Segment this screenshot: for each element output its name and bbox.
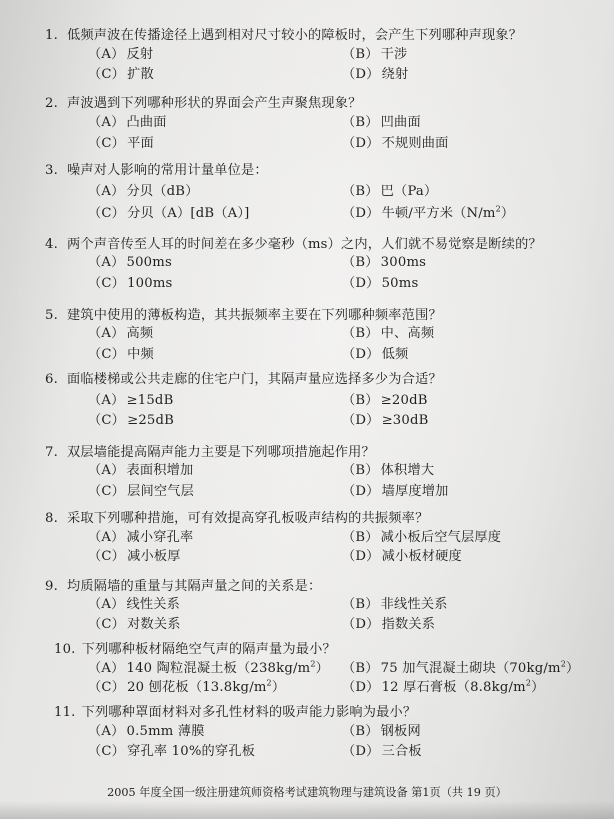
- option-c: （C）层间空气层: [88, 480, 194, 499]
- option-letter: （C）: [88, 413, 125, 428]
- option-c: （C）对数关系: [88, 613, 181, 632]
- question-stem: 3.噪声对人影响的常用计量单位是：: [45, 159, 268, 178]
- option-c: （C）20 刨花板（13.8kg/m2）: [88, 676, 285, 695]
- option-text: 中、高频: [381, 326, 435, 341]
- question-text: 下列哪种罩面材料对多孔性材料的吸声能力影响为最小？: [82, 705, 417, 720]
- option-letter: （B）: [342, 255, 379, 270]
- option-text: ≥15dB: [127, 393, 174, 408]
- option-text: 50ms: [382, 276, 419, 291]
- option-letter: （C）: [88, 136, 125, 151]
- question-stem: 9.均质隔墙的重量与其隔声量之间的关系是：: [45, 575, 321, 594]
- option-text-suffix: ）: [566, 661, 579, 676]
- option-text: 12 厚石膏板（8.8kg/m: [382, 680, 526, 695]
- option-letter: （C）: [88, 67, 125, 82]
- option-text: 减小板厚: [127, 549, 181, 564]
- question-text: 双层墙能提高隔声能力主要是下列哪项措施起作用？: [67, 445, 375, 460]
- option-c: （C）≥25dB: [88, 409, 174, 428]
- option-a: （A）≥15dB: [88, 389, 173, 408]
- option-letter: （B）: [342, 326, 379, 341]
- option-text: 凹曲面: [381, 115, 421, 130]
- question-stem: 4.两个声音传至人耳的时间差在多少毫秒（ms）之内，人们就不易觉察是断续的？: [45, 233, 542, 252]
- option-letter: （D）: [342, 549, 380, 564]
- question-number: 4.: [45, 237, 61, 252]
- option-letter: （A）: [88, 393, 125, 408]
- option-a: （A）分贝（dB）: [88, 180, 199, 199]
- question-number: 9.: [45, 579, 61, 594]
- option-text: 三合板: [382, 744, 422, 759]
- option-b: （B）非线性关系: [342, 593, 448, 612]
- question-stem: 8.采取下列哪种措施，可有效提高穿孔板吸声结构的共振频率？: [45, 507, 428, 526]
- question-number: 10.: [54, 642, 76, 657]
- question-text: 声波遇到下列哪种形状的界面会产生声聚焦现象？: [67, 96, 362, 111]
- option-text: 减小穿孔率: [127, 530, 194, 545]
- option-a: （A）反射: [88, 43, 153, 62]
- option-letter: （A）: [88, 255, 125, 270]
- option-text-suffix: ）: [531, 680, 544, 695]
- option-d: （D）50ms: [342, 272, 418, 291]
- option-text: 不规则曲面: [382, 136, 449, 151]
- question-text: 均质隔墙的重量与其隔声量之间的关系是：: [67, 579, 321, 594]
- option-letter: （C）: [88, 617, 125, 632]
- option-letter: （A）: [88, 115, 125, 130]
- page-footer: 2005 年度全国一级注册建筑师资格考试建筑物理与建筑设备 第1页（共 19 页…: [0, 784, 614, 800]
- question-number: 6.: [45, 372, 61, 387]
- question-text: 面临楼梯或公共走廊的住宅户门，其隔声量应选择多少为合适？: [67, 372, 442, 387]
- option-text: 500ms: [127, 255, 172, 270]
- option-text: 牛顿/平方米（N/m: [382, 206, 496, 221]
- option-b: （B）干涉: [342, 43, 407, 62]
- option-letter: （B）: [342, 724, 379, 739]
- option-letter: （C）: [88, 347, 125, 362]
- option-text: 凸曲面: [127, 115, 167, 130]
- option-d: （D）牛顿/平方米（N/m2）: [342, 202, 514, 221]
- question-stem: 11.下列哪种罩面材料对多孔性材料的吸声能力影响为最小？: [54, 701, 416, 720]
- option-text: 对数关系: [127, 617, 181, 632]
- option-letter: （A）: [88, 184, 125, 199]
- option-letter: （D）: [342, 347, 380, 362]
- question-text: 噪声对人影响的常用计量单位是：: [67, 163, 268, 178]
- option-letter: （A）: [88, 326, 125, 341]
- option-text: 体积增大: [381, 463, 435, 478]
- option-b: （B）减小板后空气层厚度: [342, 526, 501, 545]
- option-text: 低频: [382, 347, 409, 362]
- option-text: 钢板网: [381, 724, 421, 739]
- option-a: （A）0.5mm 薄膜: [88, 720, 205, 739]
- option-text: 75 加气混凝土砌块（70kg/m: [381, 661, 561, 676]
- option-a: （A）高频: [88, 322, 153, 341]
- option-c: （C）扩散: [88, 63, 154, 82]
- option-text: 300ms: [381, 255, 426, 270]
- option-letter: （D）: [342, 413, 380, 428]
- option-text: 中频: [127, 347, 154, 362]
- option-a: （A）减小穿孔率: [88, 526, 193, 545]
- option-text: 分贝（A）[dB（A）]: [127, 206, 249, 221]
- question-number: 3.: [45, 163, 61, 178]
- option-letter: （A）: [88, 47, 125, 62]
- option-text: ≥25dB: [127, 413, 174, 428]
- option-letter: （C）: [88, 549, 125, 564]
- option-letter: （B）: [342, 463, 379, 478]
- question-text: 建筑中使用的薄板构造，其共振频率主要在下列哪种频率范围？: [67, 308, 442, 323]
- option-text: 层间空气层: [127, 484, 194, 499]
- option-letter: （A）: [88, 530, 125, 545]
- option-d: （D）指数关系: [342, 613, 435, 632]
- option-letter: （A）: [88, 597, 125, 612]
- option-letter: （C）: [88, 680, 125, 695]
- question-text: 采取下列哪种措施，可有效提高穿孔板吸声结构的共振频率？: [67, 511, 428, 526]
- option-letter: （B）: [342, 115, 379, 130]
- question-text: 两个声音传至人耳的时间差在多少毫秒（ms）之内，人们就不易觉察是断续的？: [67, 237, 542, 252]
- option-letter: （C）: [88, 744, 125, 759]
- question-number: 5.: [45, 308, 61, 323]
- option-letter: （B）: [342, 184, 379, 199]
- option-b: （B）75 加气混凝土砌块（70kg/m2）: [342, 657, 579, 676]
- option-letter: （D）: [342, 680, 380, 695]
- question-text: 低频声波在传播途径上遇到相对尺寸较小的障板时，会产生下列哪种声现象？: [67, 28, 522, 43]
- option-c: （C）减小板厚: [88, 545, 181, 564]
- option-letter: （A）: [88, 661, 125, 676]
- option-text: 高频: [127, 326, 154, 341]
- option-d: （D）低频: [342, 343, 408, 362]
- option-letter: （D）: [342, 67, 380, 82]
- option-text: 墙厚度增加: [382, 484, 449, 499]
- option-letter: （A）: [88, 463, 125, 478]
- option-text: 平面: [127, 136, 154, 151]
- question-number: 11.: [54, 705, 76, 720]
- option-letter: （B）: [342, 661, 379, 676]
- option-a: （A）线性关系: [88, 593, 180, 612]
- option-d: （D）不规则曲面: [342, 132, 449, 151]
- option-d: （D）12 厚石膏板（8.8kg/m2）: [342, 676, 545, 695]
- option-b: （B）钢板网: [342, 720, 421, 739]
- option-text-suffix: ）: [316, 661, 329, 676]
- option-d: （D）三合板: [342, 740, 422, 759]
- option-letter: （B）: [342, 530, 379, 545]
- option-b: （B）中、高频: [342, 322, 434, 341]
- option-text: 100ms: [127, 276, 172, 291]
- option-c: （C）100ms: [88, 272, 173, 291]
- option-a: （A）500ms: [88, 251, 172, 270]
- option-letter: （B）: [342, 597, 379, 612]
- option-letter: （D）: [342, 276, 380, 291]
- page-edge-shadow: [0, 801, 614, 819]
- option-text: 指数关系: [382, 617, 436, 632]
- question-number: 2.: [45, 96, 61, 111]
- option-text: 扩散: [127, 67, 154, 82]
- option-c: （C）平面: [88, 132, 154, 151]
- option-text: 分贝（dB）: [127, 184, 199, 199]
- option-b: （B）体积增大: [342, 459, 434, 478]
- option-text: 0.5mm 薄膜: [127, 724, 205, 739]
- question-number: 1.: [45, 28, 61, 43]
- question-stem: 5.建筑中使用的薄板构造，其共振频率主要在下列哪种频率范围？: [45, 304, 442, 323]
- option-d: （D）墙厚度增加: [342, 480, 449, 499]
- option-letter: （D）: [342, 206, 380, 221]
- option-text: 巴（Pa）: [381, 184, 438, 199]
- question-number: 8.: [45, 511, 61, 526]
- option-b: （B）300ms: [342, 251, 426, 270]
- option-letter: （C）: [88, 484, 125, 499]
- option-letter: （A）: [88, 724, 125, 739]
- option-letter: （D）: [342, 617, 380, 632]
- option-letter: （D）: [342, 484, 380, 499]
- option-c: （C）中频: [88, 343, 154, 362]
- option-b: （B）巴（Pa）: [342, 180, 437, 199]
- option-text: 穿孔率 10%的穿孔板: [127, 744, 255, 759]
- option-text: 绕射: [382, 67, 409, 82]
- question-text: 下列哪种板材隔绝空气声的隔声量为最小？: [82, 642, 336, 657]
- option-text-suffix: ）: [501, 206, 514, 221]
- option-text: 线性关系: [127, 597, 181, 612]
- option-text: ≥20dB: [381, 393, 428, 408]
- option-b: （B）≥20dB: [342, 389, 428, 408]
- question-stem: 7.双层墙能提高隔声能力主要是下列哪项措施起作用？: [45, 441, 375, 460]
- option-a: （A）凸曲面: [88, 111, 167, 130]
- option-text: 反射: [127, 47, 154, 62]
- option-c: （C）穿孔率 10%的穿孔板: [88, 740, 255, 759]
- option-letter: （B）: [342, 47, 379, 62]
- option-text: 减小板材硬度: [382, 549, 462, 564]
- question-stem: 6.面临楼梯或公共走廊的住宅户门，其隔声量应选择多少为合适？: [45, 368, 442, 387]
- option-text: 140 陶粒混凝土板（238kg/m: [127, 661, 311, 676]
- option-d: （D）绕射: [342, 63, 408, 82]
- option-b: （B）凹曲面: [342, 111, 421, 130]
- option-a: （A）表面积增加: [88, 459, 193, 478]
- option-c: （C）分贝（A）[dB（A）]: [88, 202, 249, 221]
- option-text: 干涉: [381, 47, 408, 62]
- option-a: （A）140 陶粒混凝土板（238kg/m2）: [88, 657, 329, 676]
- question-number: 7.: [45, 445, 61, 460]
- option-text-suffix: ）: [272, 680, 285, 695]
- option-letter: （C）: [88, 276, 125, 291]
- option-text: 表面积增加: [127, 463, 194, 478]
- option-text: 非线性关系: [381, 597, 448, 612]
- question-stem: 2.声波遇到下列哪种形状的界面会产生声聚焦现象？: [45, 92, 362, 111]
- question-stem: 10.下列哪种板材隔绝空气声的隔声量为最小？: [54, 638, 336, 657]
- question-stem: 1.低频声波在传播途径上遇到相对尺寸较小的障板时，会产生下列哪种声现象？: [45, 24, 522, 43]
- option-text: ≥30dB: [382, 413, 429, 428]
- option-text: 减小板后空气层厚度: [381, 530, 502, 545]
- option-letter: （B）: [342, 393, 379, 408]
- option-letter: （C）: [88, 206, 125, 221]
- option-d: （D）减小板材硬度: [342, 545, 462, 564]
- option-letter: （D）: [342, 744, 380, 759]
- option-letter: （D）: [342, 136, 380, 151]
- option-text: 20 刨花板（13.8kg/m: [127, 680, 266, 695]
- option-d: （D）≥30dB: [342, 409, 429, 428]
